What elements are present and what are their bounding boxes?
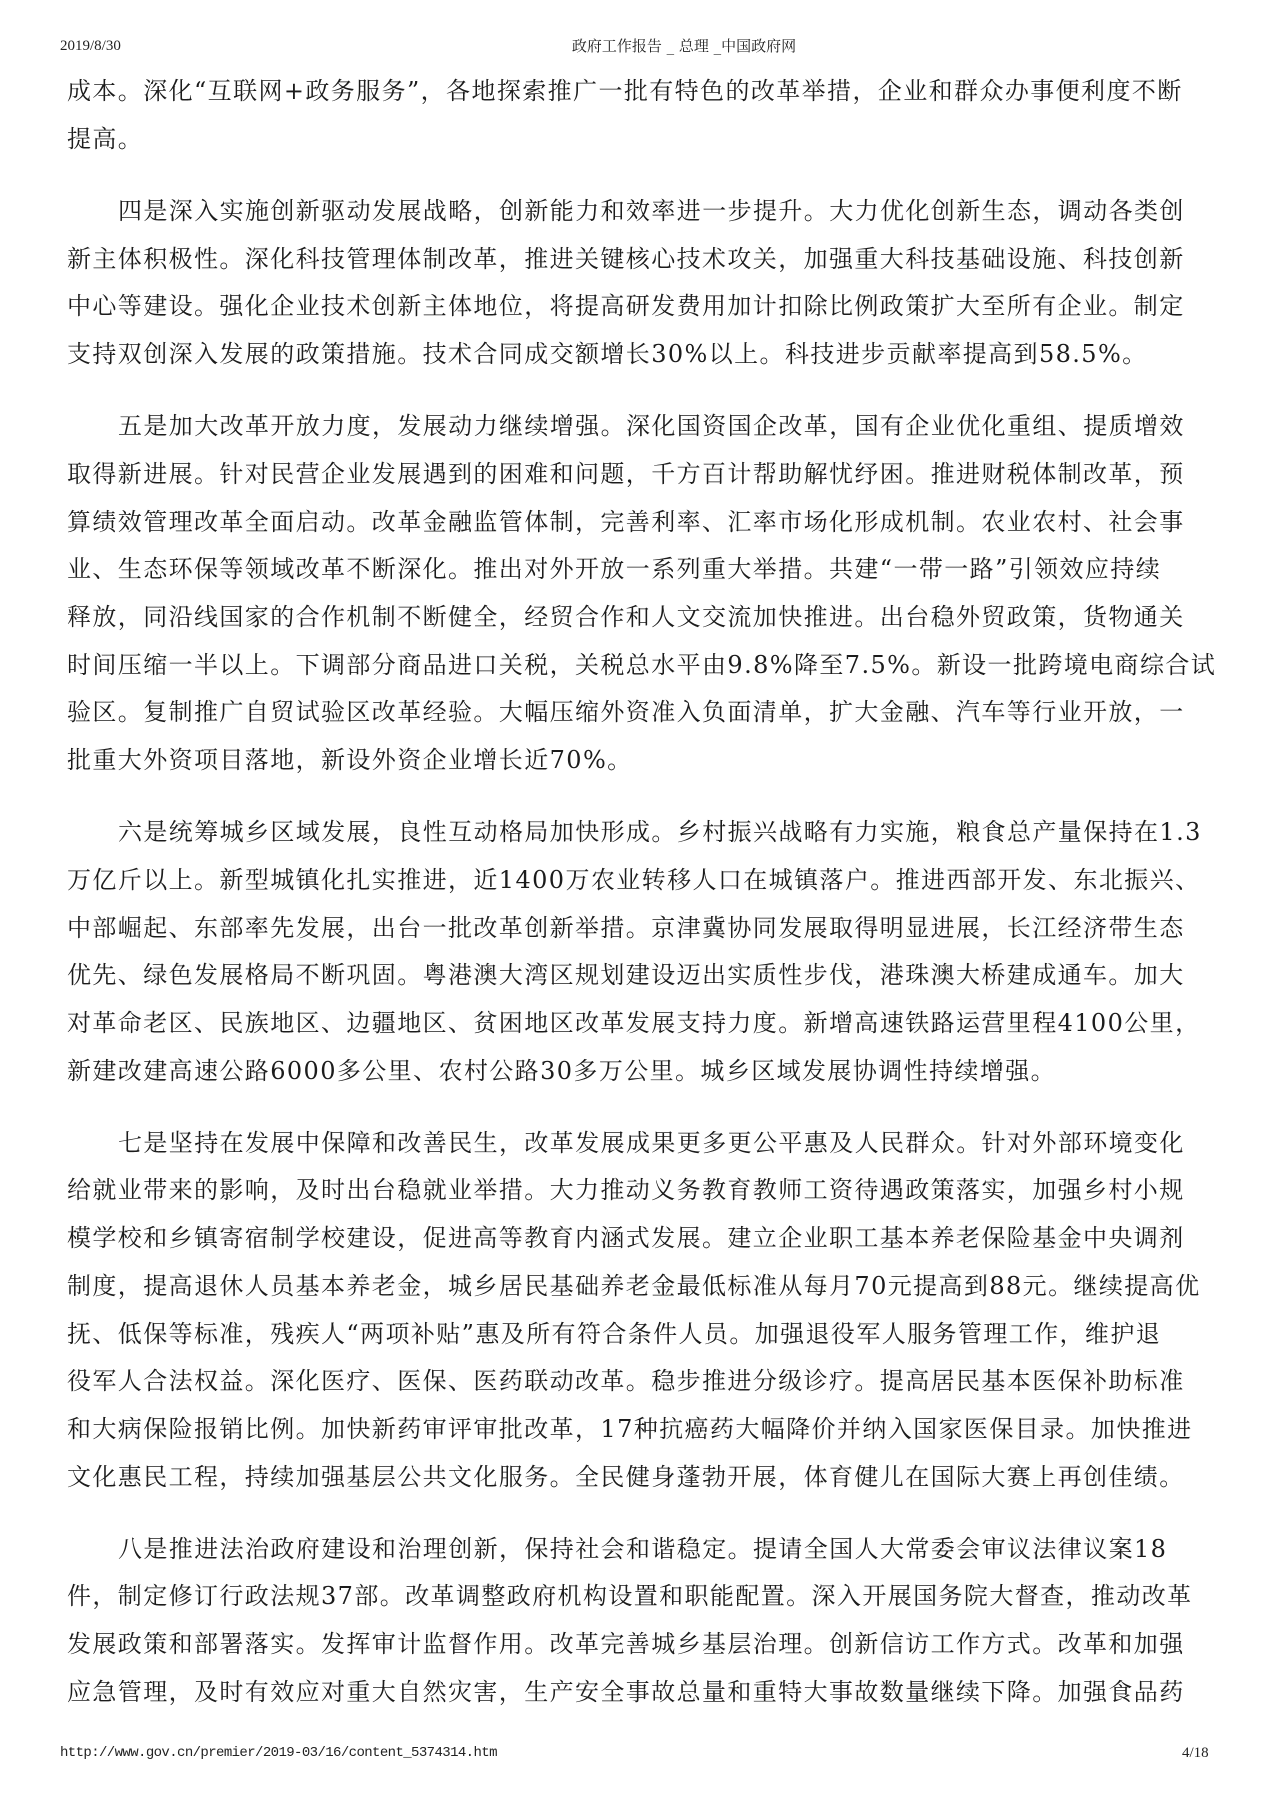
paragraph-reform-opening: 五是加大改革开放力度，发展动力继续增强。深化国资国企改革，国有企业优化重组、提质…: [67, 403, 1207, 785]
page-number: 4/18: [1182, 1741, 1209, 1765]
text-line: 提高。: [67, 116, 1207, 164]
text-line: 支持双创深入发展的政策措施。技术合同成交额增长30%以上。科技进步贡献率提高到5…: [67, 331, 1207, 379]
text-line: 中心等建设。强化企业技术创新主体地位，将提高研发费用加计扣除比例政策扩大至所有企…: [67, 283, 1207, 331]
text-line: 中部崛起、东部率先发展，出台一批改革创新举措。京津冀协同发展取得明显进展，长江经…: [67, 905, 1207, 953]
text-line: 新建改建高速公路6000多公里、农村公路30多万公里。城乡区域发展协调性持续增强…: [67, 1048, 1207, 1096]
text-line: 对革命老区、民族地区、边疆地区、贫困地区改革发展支持力度。新增高速铁路运营里程4…: [67, 1000, 1207, 1048]
text-line: 万亿斤以上。新型城镇化扎实推进，近1400万农业转移人口在城镇落户。推进西部开发…: [67, 857, 1207, 905]
paragraph-continuation: 成本。深化“互联网+政务服务”，各地探索推广一批有特色的改革举措，企业和群众办事…: [67, 68, 1207, 163]
page-footer: http://www.gov.cn/premier/2019-03/16/con…: [0, 1741, 1273, 1765]
document-title: 政府工作报告 _ 总理 _中国政府网: [552, 34, 816, 58]
text-line: 新主体积极性。深化科技管理体制改革，推进关键核心技术攻关，加强重大科技基础设施、…: [67, 236, 1207, 284]
text-line: 抚、低保等标准，残疾人“两项补贴”惠及所有符合条件人员。加强退役军人服务管理工作…: [67, 1311, 1207, 1359]
paragraph-urban-rural: 六是统筹城乡区域发展，良性互动格局加快形成。乡村振兴战略有力实施，粮食总产量保持…: [67, 809, 1207, 1095]
paragraph-livelihood: 七是坚持在发展中保障和改善民生，改革发展成果更多更公平惠及人民群众。针对外部环境…: [67, 1120, 1207, 1502]
print-date: 2019/8/30: [60, 34, 121, 58]
source-url: http://www.gov.cn/premier/2019-03/16/con…: [60, 1741, 497, 1765]
text-line: 验区。复制推广自贸试验区改革经验。大幅压缩外资准入负面清单，扩大金融、汽车等行业…: [67, 689, 1207, 737]
text-line: 八是推进法治政府建设和治理创新，保持社会和谐稳定。提请全国人大常委会审议法律议案…: [67, 1526, 1207, 1574]
text-line: 六是统筹城乡区域发展，良性互动格局加快形成。乡村振兴战略有力实施，粮食总产量保持…: [67, 809, 1207, 857]
text-line: 优先、绿色发展格局不断巩固。粤港澳大湾区规划建设迈出实质性步伐，港珠澳大桥建成通…: [67, 952, 1207, 1000]
text-line: 制度，提高退休人员基本养老金，城乡居民基础养老金最低标准从每月70元提高到88元…: [67, 1263, 1207, 1311]
paragraph-rule-of-law: 八是推进法治政府建设和治理创新，保持社会和谐稳定。提请全国人大常委会审议法律议案…: [67, 1526, 1207, 1717]
text-line: 取得新进展。针对民营企业发展遇到的困难和问题，千方百计帮助解忧纾困。推进财税体制…: [67, 451, 1207, 499]
text-line: 和大病保险报销比例。加快新药审评审批改革，17种抗癌药大幅降价并纳入国家医保目录…: [67, 1406, 1207, 1454]
text-line: 件，制定修订行政法规37部。改革调整政府机构设置和职能配置。深入开展国务院大督查…: [67, 1573, 1207, 1621]
text-line: 文化惠民工程，持续加强基层公共文化服务。全民健身蓬勃开展，体育健儿在国际大赛上再…: [67, 1454, 1207, 1502]
text-line: 应急管理，及时有效应对重大自然灾害，生产安全事故总量和重特大事故数量继续下降。加…: [67, 1669, 1207, 1717]
text-line: 七是坚持在发展中保障和改善民生，改革发展成果更多更公平惠及人民群众。针对外部环境…: [67, 1120, 1207, 1168]
text-line: 成本。深化“互联网+政务服务”，各地探索推广一批有特色的改革举措，企业和群众办事…: [67, 68, 1207, 116]
text-line: 算绩效管理改革全面启动。改革金融监管体制，完善利率、汇率市场化形成机制。农业农村…: [67, 499, 1207, 547]
text-line: 业、生态环保等领域改革不断深化。推出对外开放一系列重大举措。共建“一带一路”引领…: [67, 546, 1207, 594]
text-line: 发展政策和部署落实。发挥审计监督作用。改革完善城乡基层治理。创新信访工作方式。改…: [67, 1621, 1207, 1669]
text-line: 模学校和乡镇寄宿制学校建设，促进高等教育内涵式发展。建立企业职工基本养老保险基金…: [67, 1215, 1207, 1263]
text-line: 时间压缩一半以上。下调部分商品进口关税，关税总水平由9.8%降至7.5%。新设一…: [67, 642, 1207, 690]
text-line: 给就业带来的影响，及时出台稳就业举措。大力推动义务教育教师工资待遇政策落实，加强…: [67, 1167, 1207, 1215]
text-line: 役军人合法权益。深化医疗、医保、医药联动改革。稳步推进分级诊疗。提高居民基本医保…: [67, 1358, 1207, 1406]
document-body: 成本。深化“互联网+政务服务”，各地探索推广一批有特色的改革举措，企业和群众办事…: [67, 68, 1207, 1741]
text-line: 释放，同沿线国家的合作机制不断健全，经贸合作和人文交流加快推进。出台稳外贸政策，…: [67, 594, 1207, 642]
text-line: 五是加大改革开放力度，发展动力继续增强。深化国资国企改革，国有企业优化重组、提质…: [67, 403, 1207, 451]
text-line: 批重大外资项目落地，新设外资企业增长近70%。: [67, 737, 1207, 785]
page-header: 2019/8/30 政府工作报告 _ 总理 _中国政府网: [0, 34, 1273, 58]
paragraph-innovation: 四是深入实施创新驱动发展战略，创新能力和效率进一步提升。大力优化创新生态，调动各…: [67, 188, 1207, 379]
text-line: 四是深入实施创新驱动发展战略，创新能力和效率进一步提升。大力优化创新生态，调动各…: [67, 188, 1207, 236]
